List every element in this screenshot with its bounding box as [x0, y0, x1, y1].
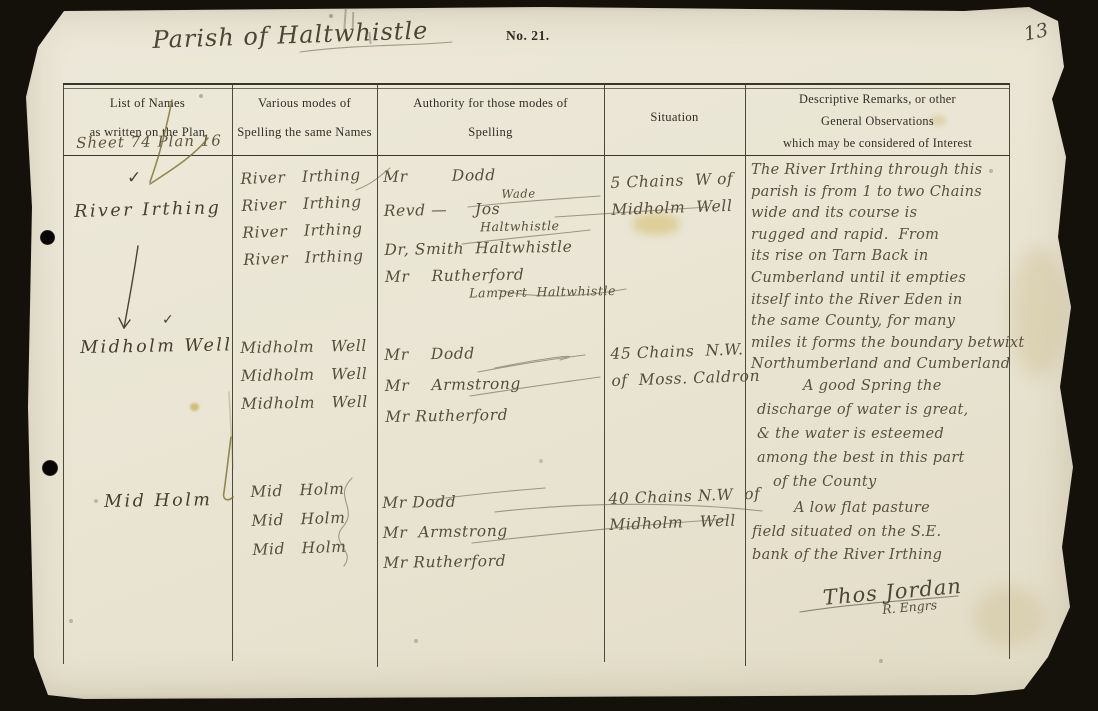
header-authority: Authority for those modes ofSpelling [377, 96, 604, 140]
ink-stain [190, 403, 199, 411]
header-modes-of-spelling: Various modes ofSpelling the same Names [232, 96, 377, 140]
text-line: Mr Rutherford [383, 546, 509, 578]
header-bottom-rule [63, 155, 1010, 156]
text-line: parish is from 1 to two Chains [751, 182, 1009, 204]
column-rule [63, 84, 64, 664]
text-line: Mr Rutherford [385, 400, 522, 433]
text-line: bank of the River Irthing [752, 544, 1004, 568]
text-line: Situation [650, 110, 698, 125]
text-line: Authority for those modes of [413, 96, 568, 111]
authorities-river-irthing: Mr DoddWadeRevd — JosHaltwhistleDr, Smit… [383, 164, 616, 304]
text-line: List of Names [110, 96, 185, 111]
text-line: Midholm Well [241, 388, 368, 418]
text-line: Various modes of [258, 96, 351, 111]
text-line: Mr Dodd [384, 338, 521, 371]
text-line: River Irthing [241, 189, 362, 220]
remarks-midholm-well: A good Spring thedischarge of water is g… [757, 374, 1009, 494]
entry-name-river-irthing: River Irthing [74, 198, 222, 222]
table-top-rule-thin [63, 88, 1010, 89]
text-line: Mid Holm [252, 533, 347, 565]
sheet-plan-note-script: Sheet 74 Plan 16 [76, 131, 222, 152]
text-line: rugged and rapid. From [751, 225, 1009, 247]
entry-name-midholm-well: Midholm Well [80, 335, 233, 358]
text-line: Haltwhistle [480, 215, 615, 236]
text-line: Spelling [468, 125, 512, 140]
situation-mid-holm: 40 Chains N.W ofMidholm Well [608, 481, 762, 538]
table-top-rule [63, 83, 1010, 85]
text-line: its rise on Tarn Back in [751, 246, 1009, 268]
form-number: No. 21. [506, 28, 550, 44]
punch-hole [40, 230, 55, 245]
text-line: miles it forms the boundary betwixt [751, 333, 1009, 355]
situation-midholm-well: 45 Chains N.W.of Moss. Caldron [610, 336, 761, 395]
text-line: Dr, Smith Haltwhistle [384, 237, 615, 260]
text-line: Descriptive Remarks, or other [799, 92, 956, 107]
remarks-mid-holm: A low flat pasturefield situated on the … [752, 497, 1004, 568]
authorities-midholm-well: Mr DoddMr ArmstrongMr Rutherford [384, 338, 522, 433]
text-line: General Observations [821, 114, 934, 129]
text-line: itself into the River Eden in [751, 290, 1009, 312]
remarks-river-irthing: The River Irthing through thisparish is … [751, 160, 1009, 376]
text-line: Mr Armstrong [383, 516, 509, 548]
text-line: of Moss. Caldron [611, 363, 761, 395]
text-line: Mr Armstrong [385, 369, 522, 402]
header-descriptive-remarks: Descriptive Remarks, or otherGeneral Obs… [745, 92, 1010, 151]
text-line: which may be considered of Interest [783, 136, 972, 151]
text-line: Midholm Well [611, 193, 735, 224]
text-line: Northumberland and Cumberland [751, 354, 1009, 376]
entry-name-mid-holm: Mid Holm [104, 490, 213, 512]
text-line: Spelling the same Names [237, 125, 372, 140]
dust-specks [0, 0, 2, 2]
text-line: & the water is esteemed [757, 422, 1009, 446]
column-rule [232, 84, 233, 661]
text-line: Midholm Well [609, 507, 762, 538]
text-line: River Irthing [240, 162, 361, 193]
text-line: Lampert Haltwhistle [469, 281, 616, 303]
column-rule [377, 84, 378, 667]
text-line: 40 Chains N.W of [608, 481, 761, 512]
situation-river-irthing: 5 Chains W ofMidholm Well [610, 166, 735, 224]
punch-hole [42, 460, 58, 476]
text-line: Mid Holm [250, 475, 345, 507]
check-mark-icon: ✓ [127, 168, 141, 188]
text-line: wide and its course is [751, 203, 1009, 225]
spellings-mid-holm: Mid HolmMid HolmMid Holm [250, 475, 347, 565]
text-line: Cumberland until it empties [751, 268, 1009, 290]
text-line: River Irthing [242, 216, 363, 247]
text-line: A good Spring the [803, 374, 1009, 398]
text-line: the same County, for many [751, 311, 1009, 333]
scanned-page: Parish of Haltwhistle No. 21. 13 List of… [0, 0, 1098, 711]
authorities-mid-holm: Mr DoddMr ArmstrongMr Rutherford [382, 486, 509, 578]
text-line: of the County [773, 470, 1009, 494]
text-line: 5 Chains W of [610, 166, 734, 197]
text-line: among the best in this part [757, 446, 1009, 470]
text-line: discharge of water is great, [757, 398, 1009, 422]
check-mark-icon: ✓ [162, 312, 174, 328]
text-line: A low flat pasture [794, 497, 1004, 521]
text-line: River Irthing [243, 243, 364, 274]
spellings-midholm-well: Midholm WellMidholm WellMidholm Well [240, 332, 368, 418]
edge-stain [1010, 247, 1066, 377]
text-line: Mr Dodd [382, 486, 508, 518]
spellings-river-irthing: River IrthingRiver IrthingRiver IrthingR… [240, 162, 364, 274]
text-line: Mid Holm [251, 504, 346, 536]
text-line: The River Irthing through this [751, 160, 1009, 182]
text-line: Midholm Well [240, 332, 367, 362]
text-line: field situated on the S.E. [752, 521, 1004, 545]
header-situation: Situation [604, 110, 745, 125]
text-line: Midholm Well [240, 360, 367, 390]
